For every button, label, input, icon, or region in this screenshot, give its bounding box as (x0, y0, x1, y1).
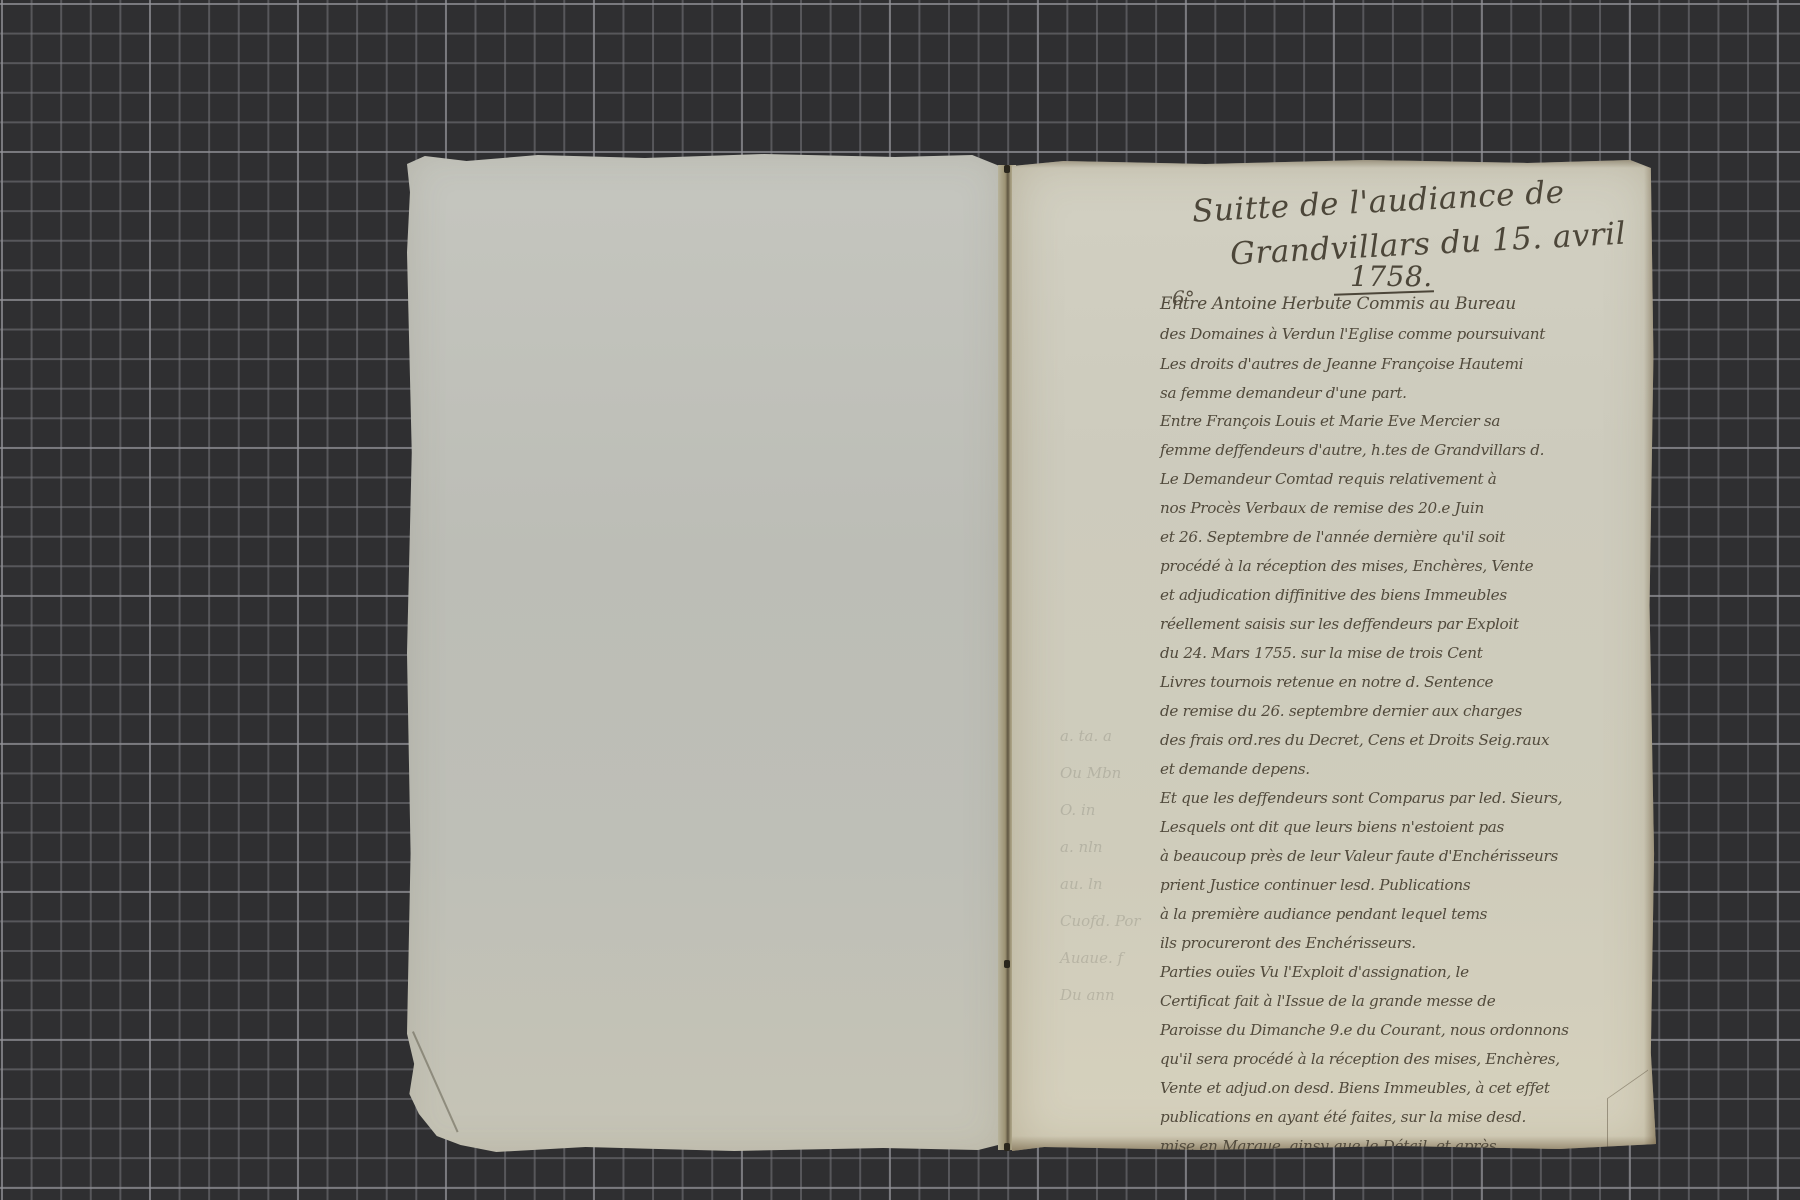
scan-surface: a. ta. a Ou Mbn O. in a. nln au. ln Cuof… (0, 0, 1800, 1200)
text-line: et 26. Septembre de l'année dernière qu'… (1160, 528, 1505, 546)
text-line: et adjudication diffinitive des biens Im… (1160, 586, 1507, 604)
binding-stitch (1004, 1143, 1010, 1151)
bleed-line: Auaue. f (1060, 940, 1160, 977)
text-line: mise en Marque, ainsy que le Détail, et … (1160, 1137, 1496, 1155)
heading-year: 1758. (1350, 260, 1433, 293)
text-line: du 24. Mars 1755. sur la mise de trois C… (1160, 644, 1483, 662)
right-page-manuscript: a. ta. a Ou Mbn O. in a. nln au. ln Cuof… (1012, 158, 1656, 1152)
text-line: à beaucoup près de leur Valeur faute d'E… (1160, 847, 1558, 865)
text-line: Parties ouïes Vu l'Exploit d'assignation… (1160, 963, 1469, 981)
page-corner-crease (412, 1031, 459, 1132)
bleed-line: Ou Mbn (1060, 755, 1160, 792)
bleed-line: Cuofd. Por (1060, 903, 1160, 940)
text-line: nos Procès Verbaux de remise des 20.e Ju… (1160, 499, 1484, 517)
bleed-line: a. nln (1060, 829, 1160, 866)
bleed-line: Du ann (1060, 977, 1160, 1014)
text-line: sa femme demandeur d'une part. (1160, 384, 1407, 402)
text-line: Certificat fait à l'Issue de la grande m… (1160, 992, 1495, 1010)
page-edge-stain (1012, 158, 1656, 168)
text-line: Et que les deffendeurs sont Comparus par… (1160, 789, 1562, 807)
bleed-line: O. in (1060, 792, 1160, 829)
text-line: Vente et adjud.on desd. Biens Immeubles,… (1160, 1079, 1550, 1097)
text-line: publications en ayant été faites, sur la… (1160, 1108, 1526, 1126)
text-line: et demande depens. (1160, 760, 1310, 778)
text-line: à la première audiance pendant lequel te… (1160, 905, 1487, 923)
text-line: des Domaines à Verdun l'Eglise comme pou… (1160, 325, 1545, 343)
text-line: Lesquels ont dit que leurs biens n'estoi… (1160, 818, 1504, 836)
text-line: Entre Antoine Herbute Commis au Bureau (1160, 294, 1516, 314)
bleed-line: a. ta. a (1060, 718, 1160, 755)
page-edge-stain (1644, 158, 1656, 1152)
text-line: de remise du 26. septembre dernier aux c… (1160, 702, 1522, 720)
text-line: Le Demandeur Comtad requis relativement … (1160, 470, 1497, 488)
text-line: Paroisse du Dimanche 9.e du Courant, nou… (1160, 1021, 1569, 1039)
binding-stitch (1004, 960, 1010, 968)
text-line: prient Justice continuer lesd. Publicati… (1160, 876, 1470, 894)
text-line: Livres tournois retenue en notre d. Sent… (1160, 673, 1493, 691)
text-line: plusieurs et réitérées publications fait… (1160, 1166, 1524, 1184)
binding-stitch (1004, 165, 1010, 173)
left-page-blank (407, 152, 1002, 1154)
text-line: des frais ord.res du Decret, Cens et Dro… (1160, 731, 1549, 749)
text-line: procédé à la réception des mises, Enchèr… (1160, 557, 1533, 575)
bleed-through-text: a. ta. a Ou Mbn O. in a. nln au. ln Cuof… (1060, 718, 1160, 1014)
text-line: femme deffendeurs d'autre, h.tes de Gran… (1160, 441, 1544, 459)
text-line: réellement saisis sur les deffendeurs pa… (1160, 615, 1519, 633)
bleed-line: au. ln (1060, 866, 1160, 903)
text-line: qu'il sera procédé à la réception des mi… (1160, 1050, 1560, 1068)
text-line: Les droits d'autres de Jeanne Françoise … (1160, 355, 1523, 373)
text-line: Entre François Louis et Marie Eve Mercie… (1160, 412, 1500, 430)
text-line: ils procureront des Enchérisseurs. (1160, 934, 1416, 952)
